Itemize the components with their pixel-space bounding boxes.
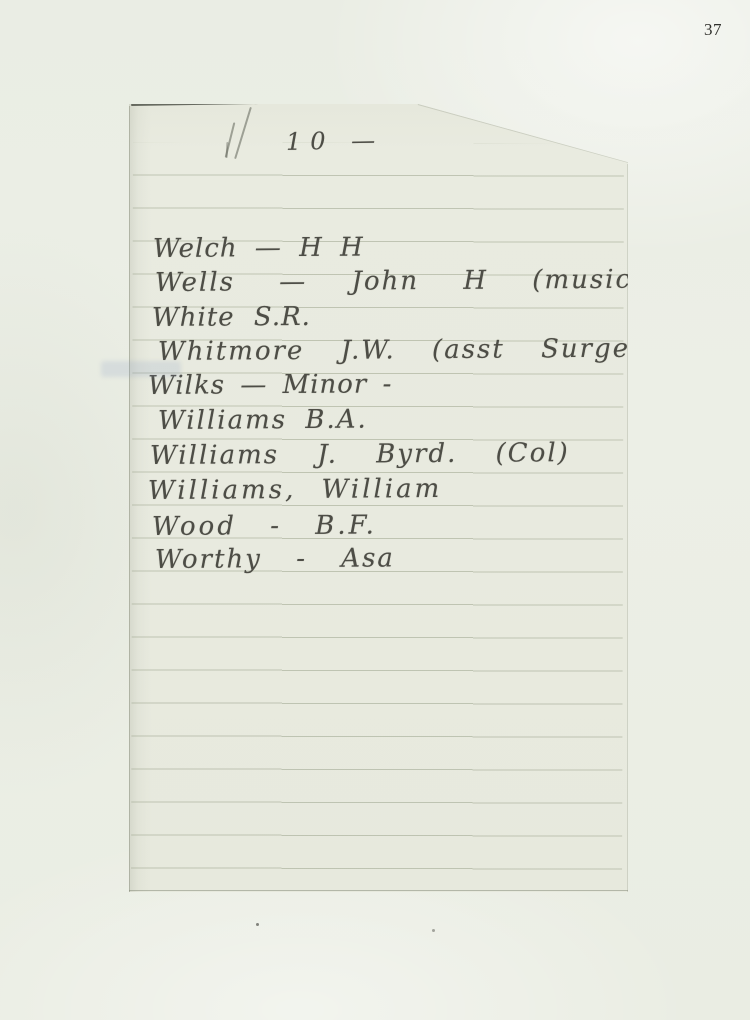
handwritten-entry: Whitmore J.W. (asst Surgeon) <box>158 333 679 367</box>
handwritten-entry: Williams B.A. <box>158 405 368 436</box>
handwritten-entry: Welch — H H <box>153 233 364 264</box>
faint-watermark-smudge <box>101 361 181 377</box>
sheet-heading-number: 10 — <box>286 126 385 156</box>
handwritten-entry: Worthy - Asa <box>155 543 395 575</box>
page-number: 37 <box>704 20 722 40</box>
scan-speck <box>432 929 435 932</box>
handwritten-entry: Wood - B.F. <box>152 510 377 542</box>
handwritten-entry: Williams, William <box>148 474 442 506</box>
paper-left-edge <box>129 106 130 892</box>
paper-bottom-edge <box>129 890 628 891</box>
handwritten-entry: Wells — John H (music) <box>155 265 644 298</box>
scan-speck <box>256 923 259 926</box>
handwritten-entry: White S.R. <box>152 302 311 333</box>
handwritten-entry: Williams J. Byrd. (Col) <box>150 438 570 471</box>
handwritten-entry: Wilks — Minor - <box>148 369 393 401</box>
handwritten-note-sheet: 10 — Welch — H H Wells — John H (music) … <box>129 104 628 892</box>
